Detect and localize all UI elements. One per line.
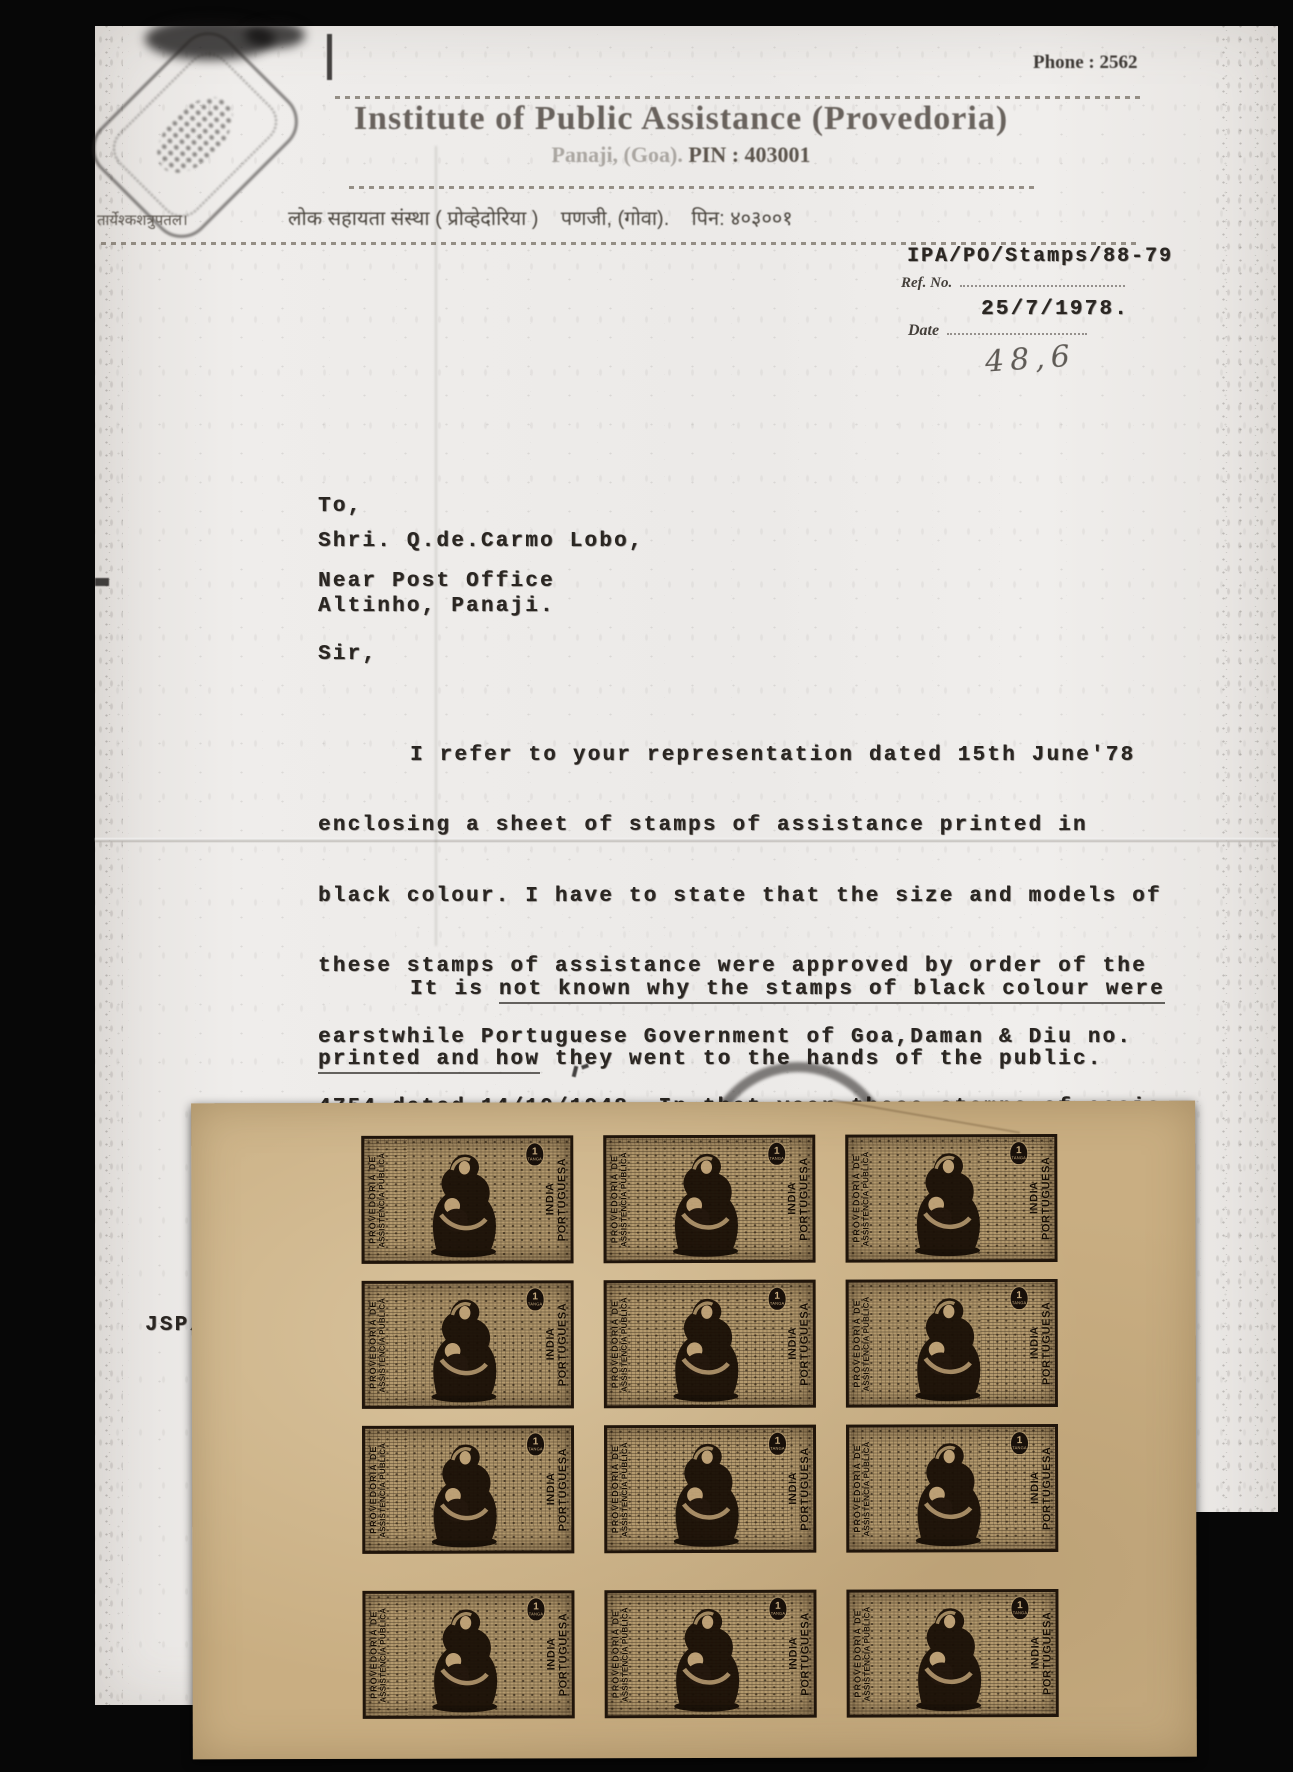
mother-child-figure bbox=[418, 1437, 510, 1549]
stamp-issuer-text: PROVEDORIA DE ASSISTENCIA PUBLICA bbox=[609, 1141, 628, 1257]
para2-line: printed and how they went to the hands o… bbox=[318, 1048, 1165, 1072]
denomination-shield: 1 TANGA bbox=[1010, 1142, 1027, 1164]
reference-label-text: Ref. No. bbox=[901, 275, 952, 291]
denomination-shield: 1 TANGA bbox=[526, 1143, 543, 1165]
denomination-shield: 1 TANGA bbox=[768, 1143, 785, 1165]
recipient-city: Altinho, Panaji. bbox=[318, 595, 555, 619]
denomination-shield: 1 TANGA bbox=[769, 1433, 786, 1455]
assistance-stamp: PROVEDORIA DE ASSISTENCIA PUBLICA INDIA … bbox=[604, 1280, 816, 1409]
denomination-shield: 1 TANGA bbox=[527, 1288, 544, 1310]
mother-child-figure bbox=[902, 1291, 994, 1403]
ink-smudge bbox=[245, 22, 305, 48]
mother-child-figure bbox=[418, 1292, 510, 1404]
mother-child-figure bbox=[660, 1292, 752, 1404]
mother-child-figure bbox=[902, 1601, 994, 1713]
mother-child-figure bbox=[418, 1602, 510, 1714]
telegraphic-address: तार्येश्कशत्रुपतल। bbox=[97, 210, 188, 230]
scan-background-patch bbox=[1185, 1512, 1293, 1772]
letter-body: To, Shri. Q.de.Carmo Lobo, Near Post Off… bbox=[318, 26, 407, 279]
stamp-country-text: INDIA PORTUGUESA bbox=[1029, 1595, 1053, 1711]
assistance-stamp: PROVEDORIA DE ASSISTENCIA PUBLICA INDIA … bbox=[362, 1425, 574, 1554]
assistance-stamp: PROVEDORIA DE ASSISTENCIA PUBLICA INDIA … bbox=[362, 1280, 574, 1409]
salutation: Sir, bbox=[318, 643, 377, 667]
denomination-shield: 1 TANGA bbox=[769, 1288, 786, 1310]
stamp-issuer-text: PROVEDORIA DE ASSISTENCIA PUBLICA bbox=[852, 1286, 871, 1402]
right-edge-noise bbox=[1212, 26, 1278, 1516]
left-edge-noise bbox=[95, 26, 123, 1705]
stamp-issuer-text: PROVEDORIA DE ASSISTENCIA PUBLICA bbox=[367, 1142, 386, 1258]
para1-line: I refer to your representation dated 15t… bbox=[318, 744, 1135, 767]
stamp-country-text: INDIA PORTUGUESA bbox=[786, 1141, 810, 1257]
stamp-country-text: INDIA PORTUGUESA bbox=[544, 1141, 568, 1257]
mother-child-figure bbox=[660, 1437, 752, 1549]
assistance-stamp: PROVEDORIA DE ASSISTENCIA PUBLICA INDIA … bbox=[604, 1590, 816, 1719]
denomination-shield: 1 TANGA bbox=[769, 1598, 786, 1620]
stamp-country-text: INDIA PORTUGUESA bbox=[545, 1286, 569, 1402]
stray-mark bbox=[95, 578, 109, 586]
para2-line: It is not known why the stamps of black … bbox=[318, 978, 1165, 1002]
assistance-stamp: PROVEDORIA DE ASSISTENCIA PUBLICA INDIA … bbox=[604, 1425, 816, 1554]
stamp-issuer-text: PROVEDORIA DE ASSISTENCIA PUBLICA bbox=[610, 1286, 629, 1402]
stamp-issuer-text: PROVEDORIA DE ASSISTENCIA PUBLICA bbox=[368, 1432, 387, 1548]
stamp-country-text: INDIA PORTUGUESA bbox=[1028, 1140, 1052, 1256]
assistance-stamp: PROVEDORIA DE ASSISTENCIA PUBLICA INDIA … bbox=[603, 1135, 815, 1264]
org-address: Panaji, (Goa). PIN : 403001 bbox=[295, 142, 1067, 168]
assistance-stamp: PROVEDORIA DE ASSISTENCIA PUBLICA INDIA … bbox=[846, 1279, 1058, 1408]
stamp-country-text: INDIA PORTUGUESA bbox=[1029, 1285, 1053, 1401]
org-city: Panaji, (Goa). bbox=[551, 142, 682, 167]
stamp-issuer-text: PROVEDORIA DE ASSISTENCIA PUBLICA bbox=[852, 1431, 871, 1547]
denomination-shield: 1 TANGA bbox=[527, 1433, 544, 1455]
dotted-line bbox=[960, 273, 1125, 287]
date-label: Date bbox=[908, 321, 1087, 340]
wavy-rule bbox=[333, 96, 1141, 99]
scanned-document: Phone : 2562 Institute of Public Assista… bbox=[0, 0, 1293, 1772]
recipient-street: Near Post Office bbox=[318, 570, 555, 594]
address-to: To, bbox=[318, 495, 362, 519]
stamp-country-text: INDIA PORTUGUESA bbox=[787, 1596, 811, 1712]
assistance-stamp: PROVEDORIA DE ASSISTENCIA PUBLICA INDIA … bbox=[361, 1135, 573, 1264]
stamp-issuer-text: PROVEDORIA DE ASSISTENCIA PUBLICA bbox=[851, 1141, 870, 1257]
stamp-issuer-text: PROVEDORIA DE ASSISTENCIA PUBLICA bbox=[368, 1597, 387, 1713]
para1-line: black colour. I have to state that the s… bbox=[318, 885, 1177, 909]
dotted-line bbox=[947, 321, 1087, 335]
assistance-stamp: PROVEDORIA DE ASSISTENCIA PUBLICA INDIA … bbox=[846, 1424, 1058, 1553]
org-name: Institute of Public Assistance (Provedor… bbox=[295, 100, 1067, 138]
handwritten-annotation: 48,6 bbox=[984, 339, 1077, 380]
reference-number: IPA/PO/Stamps/88-79 bbox=[907, 245, 1173, 268]
stamp-issuer-text: PROVEDORIA DE ASSISTENCIA PUBLICA bbox=[610, 1596, 629, 1712]
denomination-shield: 1 TANGA bbox=[1011, 1287, 1028, 1309]
letter-date: 25/7/1978. bbox=[981, 298, 1129, 321]
org-pin: PIN : 403001 bbox=[688, 142, 810, 167]
sheet-corner-crease bbox=[832, 1099, 1020, 1133]
stamp-issuer-text: PROVEDORIA DE ASSISTENCIA PUBLICA bbox=[852, 1596, 871, 1712]
stamp-country-text: INDIA PORTUGUESA bbox=[545, 1431, 569, 1547]
para1-line: enclosing a sheet of stamps of assistanc… bbox=[318, 814, 1177, 838]
wavy-rule bbox=[347, 186, 1039, 189]
recipient-name: Shri. Q.de.Carmo Lobo, bbox=[318, 530, 644, 554]
mother-child-figure bbox=[901, 1146, 993, 1258]
date-label-text: Date bbox=[908, 322, 939, 339]
denomination-shield: 1 TANGA bbox=[1011, 1432, 1028, 1454]
stamp-country-text: INDIA PORTUGUESA bbox=[1029, 1430, 1053, 1546]
denomination-shield: 1 TANGA bbox=[527, 1598, 544, 1620]
stamp-country-text: INDIA PORTUGUESA bbox=[787, 1286, 811, 1402]
mother-child-figure bbox=[659, 1147, 751, 1259]
assistance-stamp: PROVEDORIA DE ASSISTENCIA PUBLICA INDIA … bbox=[846, 1589, 1058, 1718]
stamp-issuer-text: PROVEDORIA DE ASSISTENCIA PUBLICA bbox=[368, 1287, 387, 1403]
mother-child-figure bbox=[417, 1147, 509, 1259]
denomination-shield: 1 TANGA bbox=[1011, 1597, 1028, 1619]
stamp-issuer-text: PROVEDORIA DE ASSISTENCIA PUBLICA bbox=[610, 1431, 629, 1547]
reference-label: Ref. No. bbox=[901, 273, 1125, 292]
mother-child-figure bbox=[660, 1602, 752, 1714]
stamp-country-text: INDIA PORTUGUESA bbox=[787, 1431, 811, 1547]
phone-number: Phone : 2562 bbox=[1033, 52, 1138, 74]
stamp-grid: PROVEDORIA DE ASSISTENCIA PUBLICA INDIA … bbox=[361, 1134, 1058, 1699]
stamp-country-text: INDIA PORTUGUESA bbox=[545, 1596, 569, 1712]
assistance-stamp: PROVEDORIA DE ASSISTENCIA PUBLICA INDIA … bbox=[845, 1134, 1057, 1263]
stamp-sheet: PROVEDORIA DE ASSISTENCIA PUBLICA INDIA … bbox=[191, 1101, 1197, 1760]
assistance-stamp: PROVEDORIA DE ASSISTENCIA PUBLICA INDIA … bbox=[362, 1590, 574, 1719]
mother-child-figure bbox=[902, 1436, 994, 1548]
